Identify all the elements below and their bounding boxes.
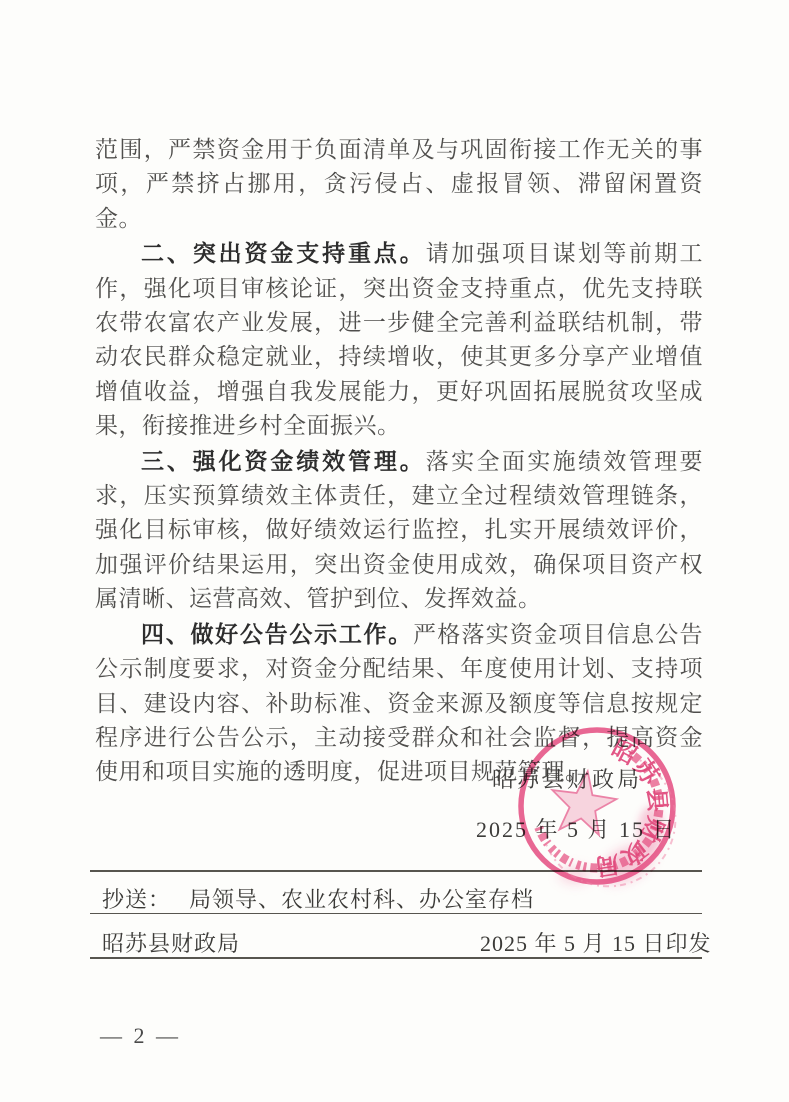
paragraph-heading: 二、突出资金支持重点。: [141, 240, 426, 266]
signature-date: 2025 年 5 月 15 日: [476, 813, 677, 844]
paragraph: 范围，严禁资金用于负面清单及与巩固衔接工作无关的事项，严禁挤占挪用，贪污侵占、虚…: [95, 132, 703, 236]
cc-label: 抄送：: [102, 887, 171, 912]
issue-date: 2025 年 5 月 15 日印发: [480, 927, 712, 958]
paragraph-heading: 四、做好公告公示工作。: [141, 621, 413, 647]
paragraph-text: 范围，严禁资金用于负面清单及与巩固衔接工作无关的事项，严禁挤占挪用，贪污侵占、虚…: [95, 137, 703, 231]
page-number: — 2 —: [100, 1023, 181, 1049]
body-text: 范围，严禁资金用于负面清单及与巩固衔接工作无关的事项，严禁挤占挪用，贪污侵占、虚…: [95, 132, 703, 790]
footer-rule-top: [90, 870, 702, 872]
signature-org: 昭苏县财政局: [492, 763, 642, 794]
cc-line: 抄送：局领导、农业农村科、办公室存档: [102, 883, 534, 914]
document-page: 范围，严禁资金用于负面清单及与巩固衔接工作无关的事项，严禁挤占挪用，贪污侵占、虚…: [0, 0, 789, 1102]
cc-list: 局领导、农业农村科、办公室存档: [189, 887, 534, 912]
seal-smudge: [595, 838, 659, 891]
paragraph: 三、强化资金绩效管理。落实全面实施绩效管理要求，压实预算绩效主体责任，建立全过程…: [95, 444, 703, 617]
footer-rule-bottom: [90, 957, 702, 959]
paragraph-text: 请加强项目谋划等前期工作，强化项目审核论证，突出资金支持重点，优先支持联农带农富…: [95, 241, 703, 438]
issuer-name: 昭苏县财政局: [102, 927, 240, 958]
paragraph-heading: 三、强化资金绩效管理。: [141, 448, 426, 474]
paragraph: 二、突出资金支持重点。请加强项目谋划等前期工作，强化项目审核论证，突出资金支持重…: [95, 236, 703, 443]
footer-rule-middle: [90, 913, 702, 914]
